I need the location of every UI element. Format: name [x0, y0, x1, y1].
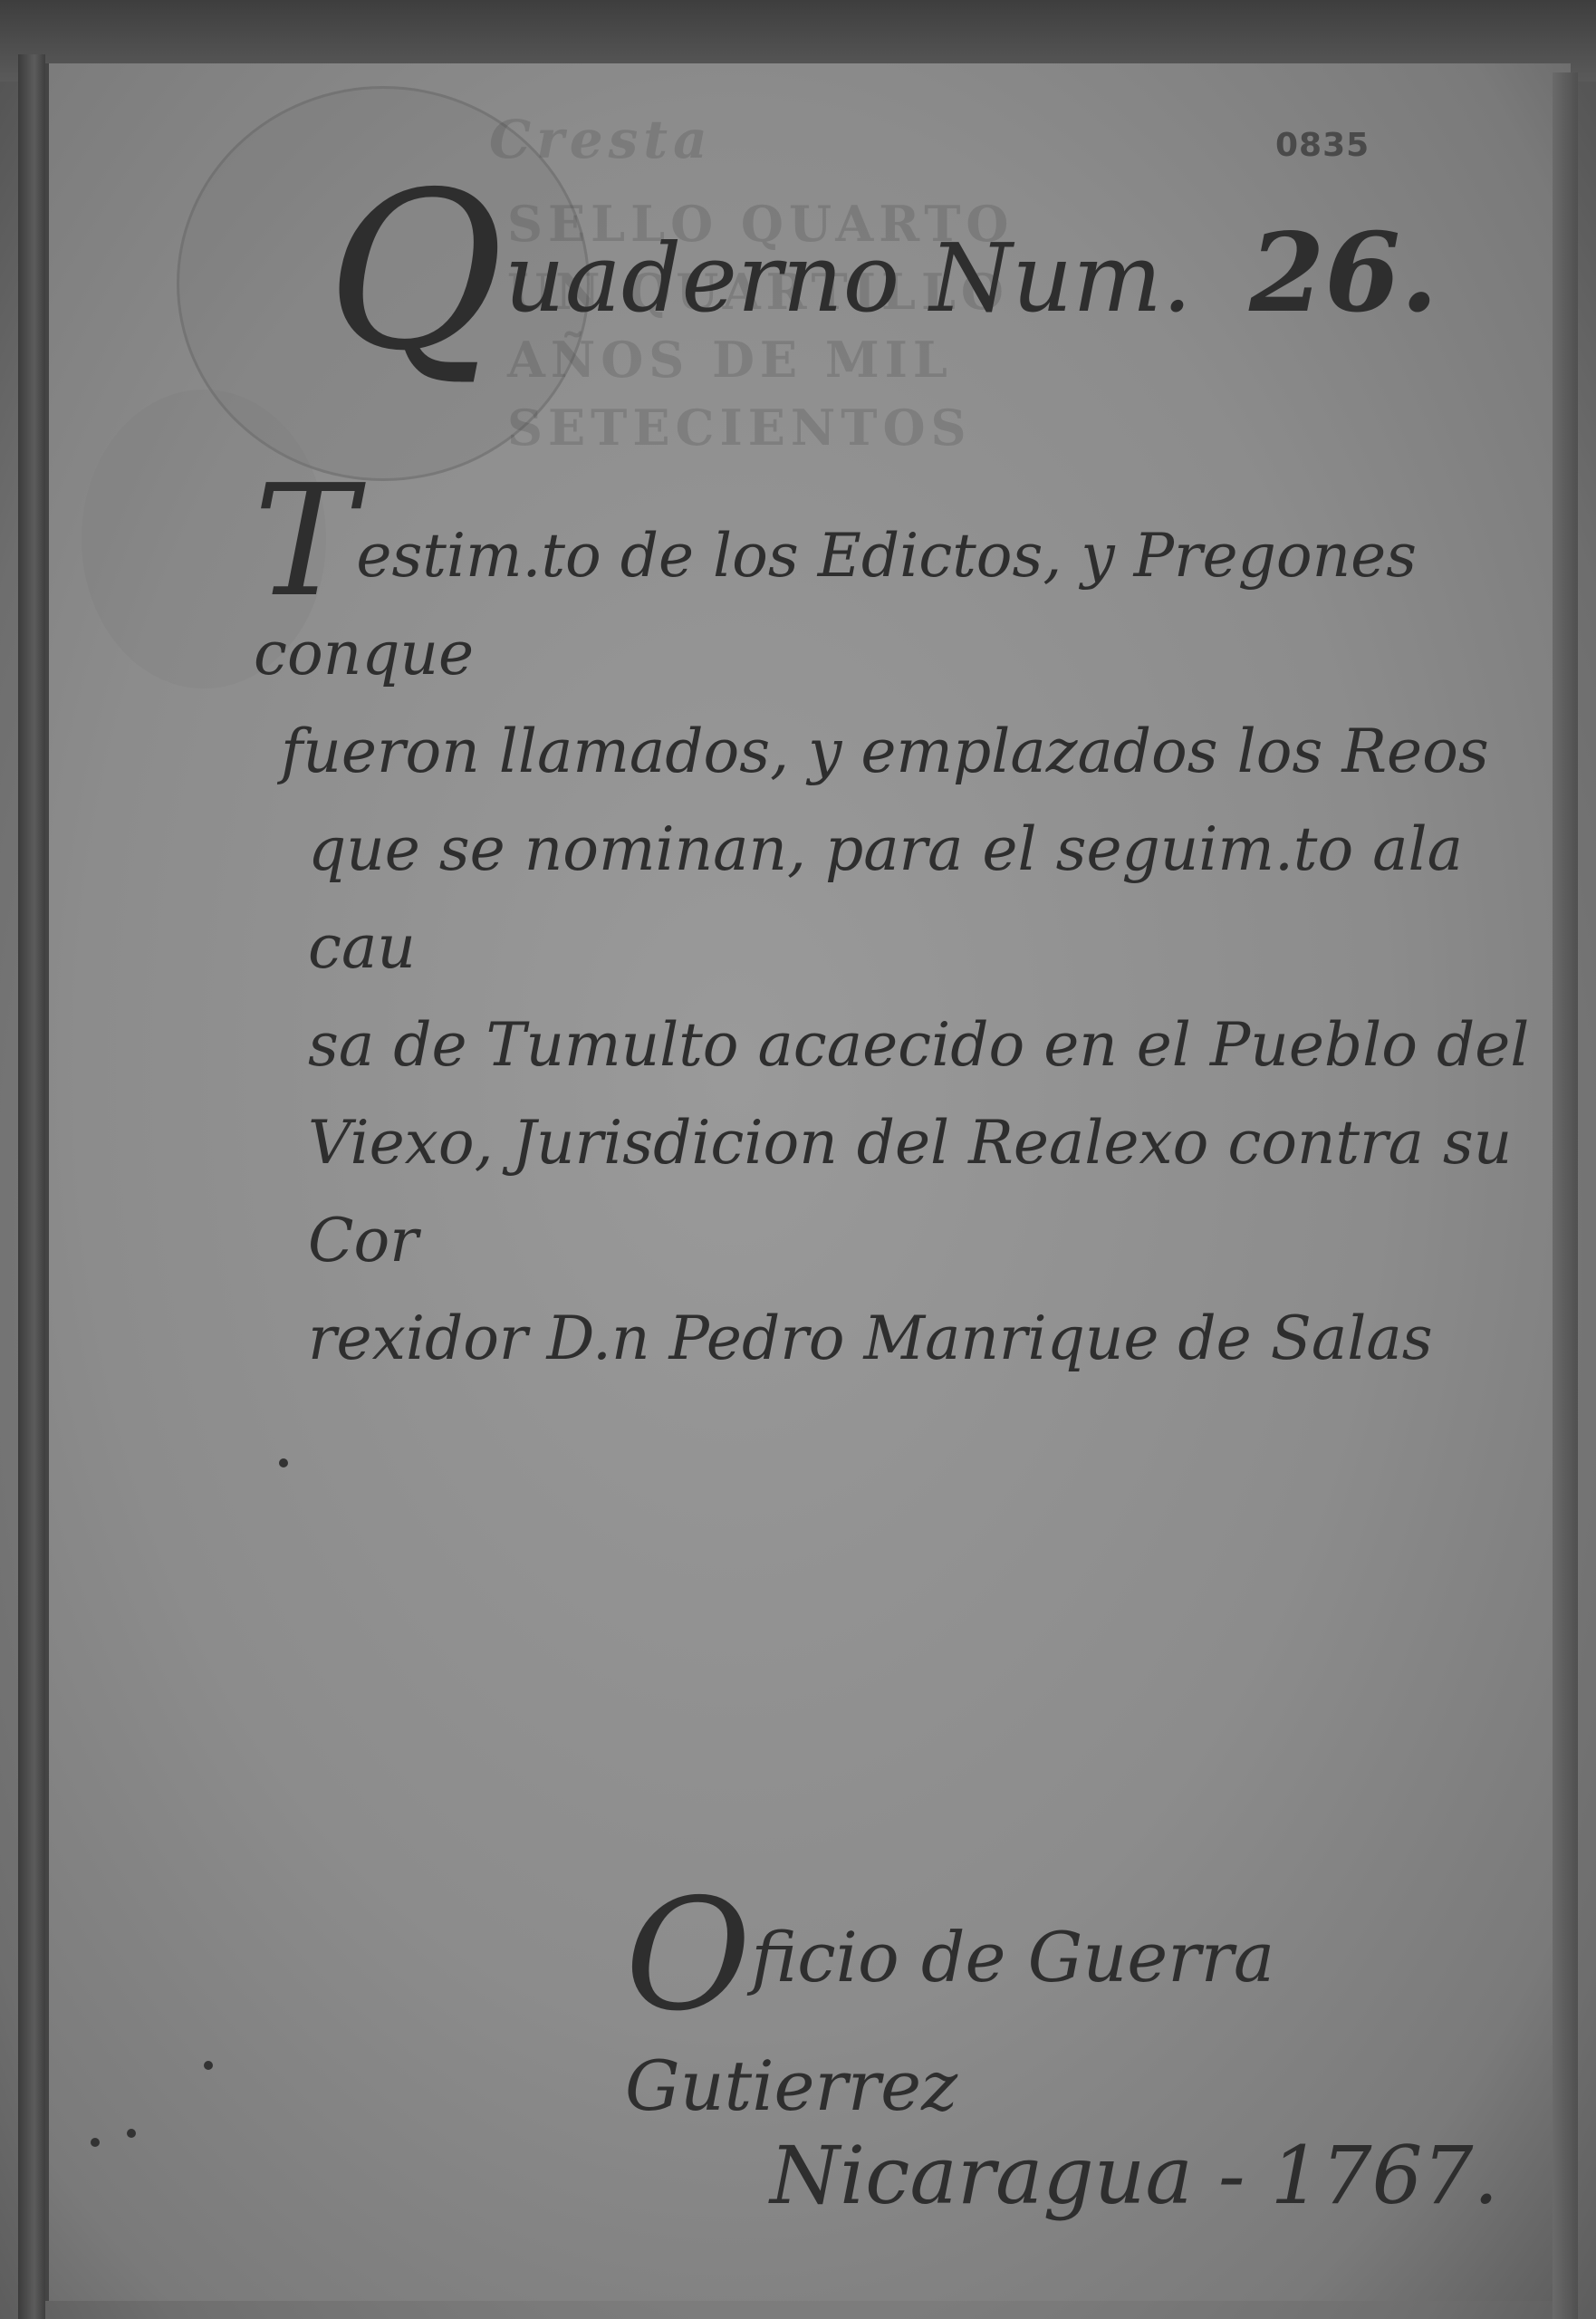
title-number: 26.: [1249, 209, 1438, 337]
body-line: Testim.to de los Edictos, y Pregones con…: [254, 507, 1558, 703]
signature-initial: O: [625, 1866, 751, 2045]
title-initial: Q: [326, 145, 505, 399]
ink-spot: [204, 2061, 213, 2070]
book-binding: [18, 54, 45, 2319]
place-and-date: Nicaragua - 1767.: [770, 2129, 1499, 2222]
folio-number: 0835: [1275, 127, 1370, 164]
document-title: Quaderno Num. 26.: [326, 163, 1438, 380]
ghost-stamp-line: Cresta: [489, 109, 713, 170]
ink-spot: [91, 2138, 100, 2147]
ink-spot: [127, 2129, 136, 2138]
office-signature: Oficio de Guerra Gutierrez: [625, 1866, 1596, 2126]
ghost-stamp-line: SETECIENTOS: [507, 399, 971, 457]
bleed-through-text: [299, 1024, 1386, 1839]
body-initial: T: [254, 452, 356, 631]
body-line: fueron llamados, y emplazados los Reos: [254, 703, 1558, 801]
ink-spot: [279, 1458, 288, 1467]
body-line: que se nominan, para el seguim.to ala ca…: [254, 801, 1558, 996]
title-text: uaderno Num.: [505, 223, 1192, 333]
